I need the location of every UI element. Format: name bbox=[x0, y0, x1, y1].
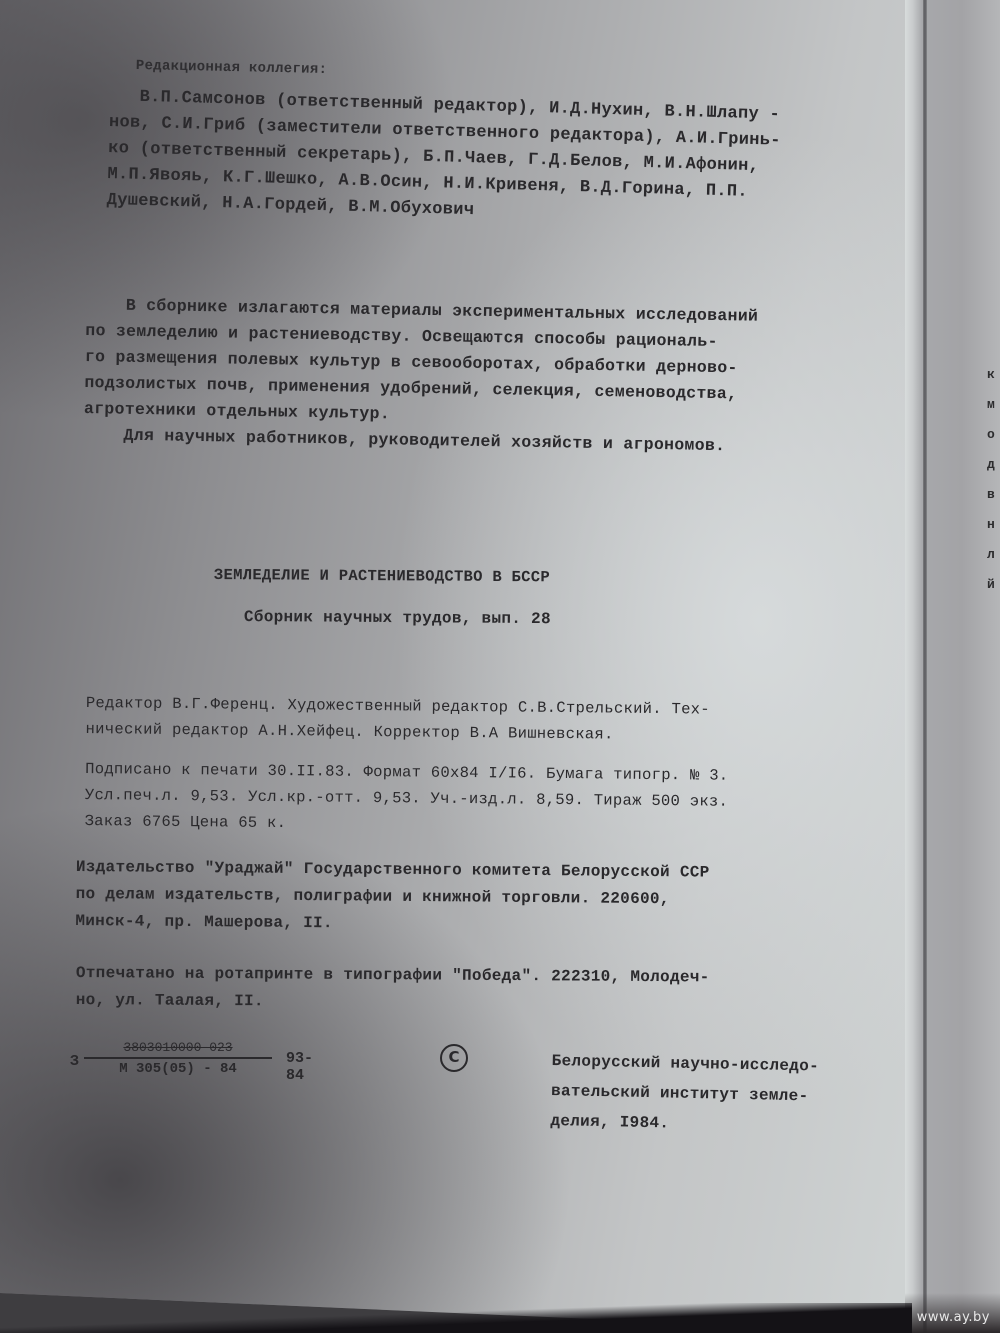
classification-prefix: З bbox=[70, 1053, 79, 1070]
book-title: ЗЕМЛЕДЕЛИЕ И РАСТЕНИЕВОДСТВО В БССР bbox=[214, 566, 550, 586]
classification-fraction: 3803010000-023 М 305(05) - 84 bbox=[84, 1040, 272, 1078]
classification-numerator: 3803010000-023 bbox=[84, 1040, 272, 1056]
fraction-bar bbox=[84, 1057, 272, 1059]
publisher-info: Издательство "Ураджай" Государственного … bbox=[75, 854, 709, 941]
book-subtitle: Сборник научных трудов, вып. 28 bbox=[244, 608, 551, 628]
copyright-icon: C bbox=[440, 1044, 468, 1072]
classification-denominator: М 305(05) - 84 bbox=[84, 1060, 272, 1078]
bottom-shadow bbox=[0, 1303, 912, 1333]
annotation: В сборнике излагаются материалы эксперим… bbox=[83, 292, 758, 460]
adjacent-page-text-edge: кмодвнлй bbox=[987, 360, 999, 600]
printer-info: Отпечатано на ротапринте в типографии "П… bbox=[76, 960, 710, 1018]
page-crease bbox=[923, 0, 927, 1333]
copyright-holder: Белорусский научно-исследо- вательский и… bbox=[550, 1046, 819, 1142]
publisher-line: Минск-4, пр. Машерова, II. bbox=[75, 908, 709, 941]
imprint: Редактор В.Г.Ференц. Художественный реда… bbox=[84, 690, 729, 841]
watermark: www.ay.by bbox=[917, 1310, 990, 1325]
adjacent-page: кмодвнлй bbox=[905, 0, 1000, 1333]
copyright-line: делия, I984. bbox=[550, 1106, 818, 1142]
classification-suffix: 93-84 bbox=[286, 1050, 313, 1084]
printer-line: но, ул. Таалая, II. bbox=[76, 987, 710, 1018]
editorial-board-list: В.П.Самсонов (ответственный редактор), И… bbox=[106, 84, 781, 233]
